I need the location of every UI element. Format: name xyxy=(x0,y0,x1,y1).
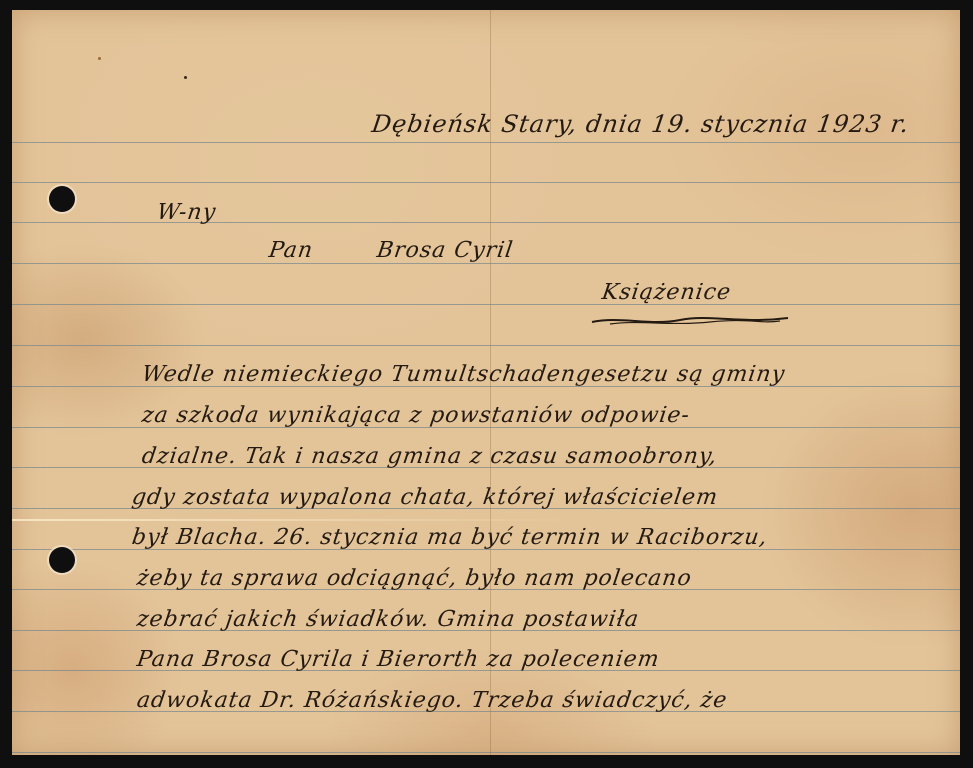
ruled-line xyxy=(12,345,960,346)
body-line: gdy zostata wypalona chata, której właśc… xyxy=(130,485,719,510)
addressee-name: Brosa Cyril xyxy=(375,238,515,263)
body-line: był Blacha. 26. stycznia ma być termin w… xyxy=(130,525,769,550)
body-line: adwokata Dr. Różańskiego. Trzeba świadcz… xyxy=(135,688,729,713)
honorific: W-ny xyxy=(155,200,218,225)
ruled-line xyxy=(12,182,960,183)
punch-hole-top xyxy=(49,186,75,212)
addressee-place: Książenice xyxy=(600,280,733,305)
letter-paper: Dębieńsk Stary, dnia 19. stycznia 1923 r… xyxy=(12,10,960,755)
ruled-line xyxy=(12,222,960,223)
ruled-line xyxy=(12,142,960,143)
body-line: Wedle niemieckiego Tumultschadengesetzu … xyxy=(140,362,787,387)
ruled-line xyxy=(12,304,960,305)
body-line: zebrać jakich świadków. Gmina postawiła xyxy=(135,607,641,632)
place-date: Dębieńsk Stary, dnia 19. stycznia 1923 r… xyxy=(370,110,911,138)
body-line: dzialne. Tak i nasza gmina z czasu samoo… xyxy=(140,444,719,469)
body-line: żeby ta sprawa odciągnąć, było nam polec… xyxy=(135,566,693,591)
body-line: za szkoda wynikająca z powstaniów odpowi… xyxy=(140,403,691,428)
punch-hole-bottom xyxy=(49,547,75,573)
horizontal-crease xyxy=(12,519,960,521)
ink-speck xyxy=(184,76,187,79)
ruled-line xyxy=(12,263,960,264)
stain-speck xyxy=(98,57,101,60)
body-line: Pana Brosa Cyrila i Bierorth za poleceni… xyxy=(135,647,661,672)
ruled-line xyxy=(12,752,960,753)
underline-flourish xyxy=(590,314,790,328)
addressee-title: Pan xyxy=(267,238,315,263)
